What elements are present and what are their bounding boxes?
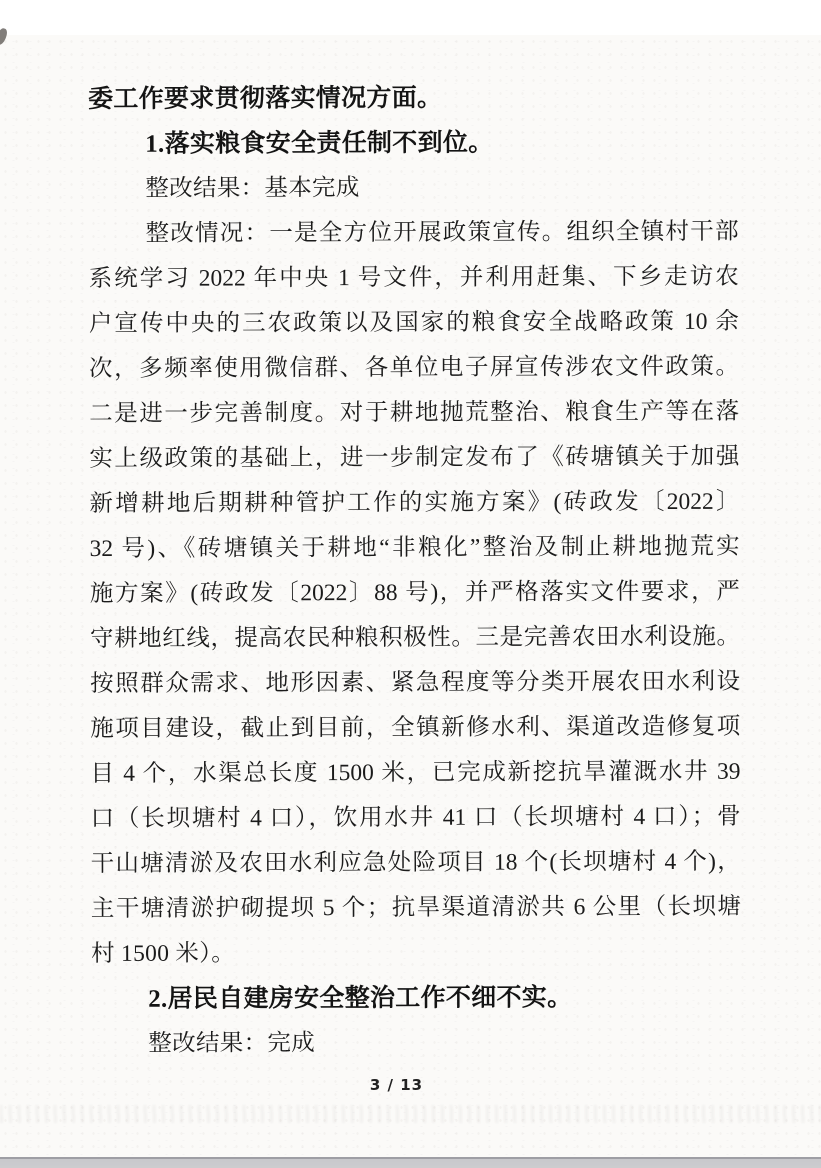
body-line: 整改情况：一是全方位开展政策宣传。组织全镇村干部: [88, 210, 738, 257]
body-line: 二是进一步完善制度。对于耕地抛荒整治、粮食生产等在落: [89, 390, 739, 437]
document-body: 委工作要求贯彻落实情况方面。 1.落实粮食安全责任制不到位。 整改结果：基本完成…: [88, 75, 741, 1067]
body-line: 次，多频率使用微信群、各单位电子屏宣传涉农文件政策。: [89, 345, 739, 392]
body-line: 实上级政策的基础上，进一步制定发布了《砖塘镇关于加强: [89, 435, 739, 482]
scanner-bed-edge: [0, 1157, 821, 1168]
item-2-heading: 2.居民自建房安全整治工作不细不实。: [91, 975, 741, 1022]
body-line: 新增耕地后期耕种管护工作的实施方案》(砖政发〔2022〕: [89, 480, 739, 527]
body-line: 口（长坝塘村 4 口），饮用水井 41 口（长坝塘村 4 口）；骨: [91, 795, 741, 842]
scan-smudge-artifact: [0, 1105, 821, 1123]
body-line: 32 号)、《砖塘镇关于耕地“非粮化”整治及制止耕地抛荒实: [90, 525, 740, 572]
body-line: 施项目建设，截止到目前，全镇新修水利、渠道改造修复项: [90, 705, 740, 752]
item-2-result-line: 整改结果：完成: [91, 1020, 741, 1067]
paper-background: 委工作要求贯彻落实情况方面。 1.落实粮食安全责任制不到位。 整改结果：基本完成…: [0, 35, 821, 1157]
page-number: 3 / 13: [0, 1076, 807, 1094]
body-line: 主干塘清淤护砌提坝 5 个；抗旱渠道清淤共 6 公里（长坝塘: [91, 885, 741, 932]
continuation-heading-line: 委工作要求贯彻落实情况方面。: [88, 75, 738, 122]
item-1-heading: 1.落实粮食安全责任制不到位。: [88, 120, 738, 167]
body-line: 目 4 个，水渠总长度 1500 米，已完成新挖抗旱灌溉水井 39: [90, 750, 740, 797]
item-1-result-line: 整改结果：基本完成: [88, 165, 738, 212]
body-line: 户宣传中央的三农政策以及国家的粮食安全战略政策 10 余: [89, 300, 739, 347]
body-line: 施方案》(砖政发〔2022〕88 号)，并严格落实文件要求，严: [90, 570, 740, 617]
body-line: 系统学习 2022 年中央 1 号文件，并利用赶集、下乡走访农: [89, 255, 739, 302]
body-line: 干山塘清淤及农田水利应急处险项目 18 个(长坝塘村 4 个)，: [91, 840, 741, 887]
body-line: 村 1500 米）。: [91, 930, 741, 977]
scanned-document-page: 委工作要求贯彻落实情况方面。 1.落实粮食安全责任制不到位。 整改结果：基本完成…: [0, 0, 821, 1168]
body-line: 守耕地红线，提高农民种粮积极性。三是完善农田水利设施。: [90, 615, 740, 662]
body-line: 按照群众需求、地形因素、紧急程度等分类开展农田水利设: [90, 660, 740, 707]
